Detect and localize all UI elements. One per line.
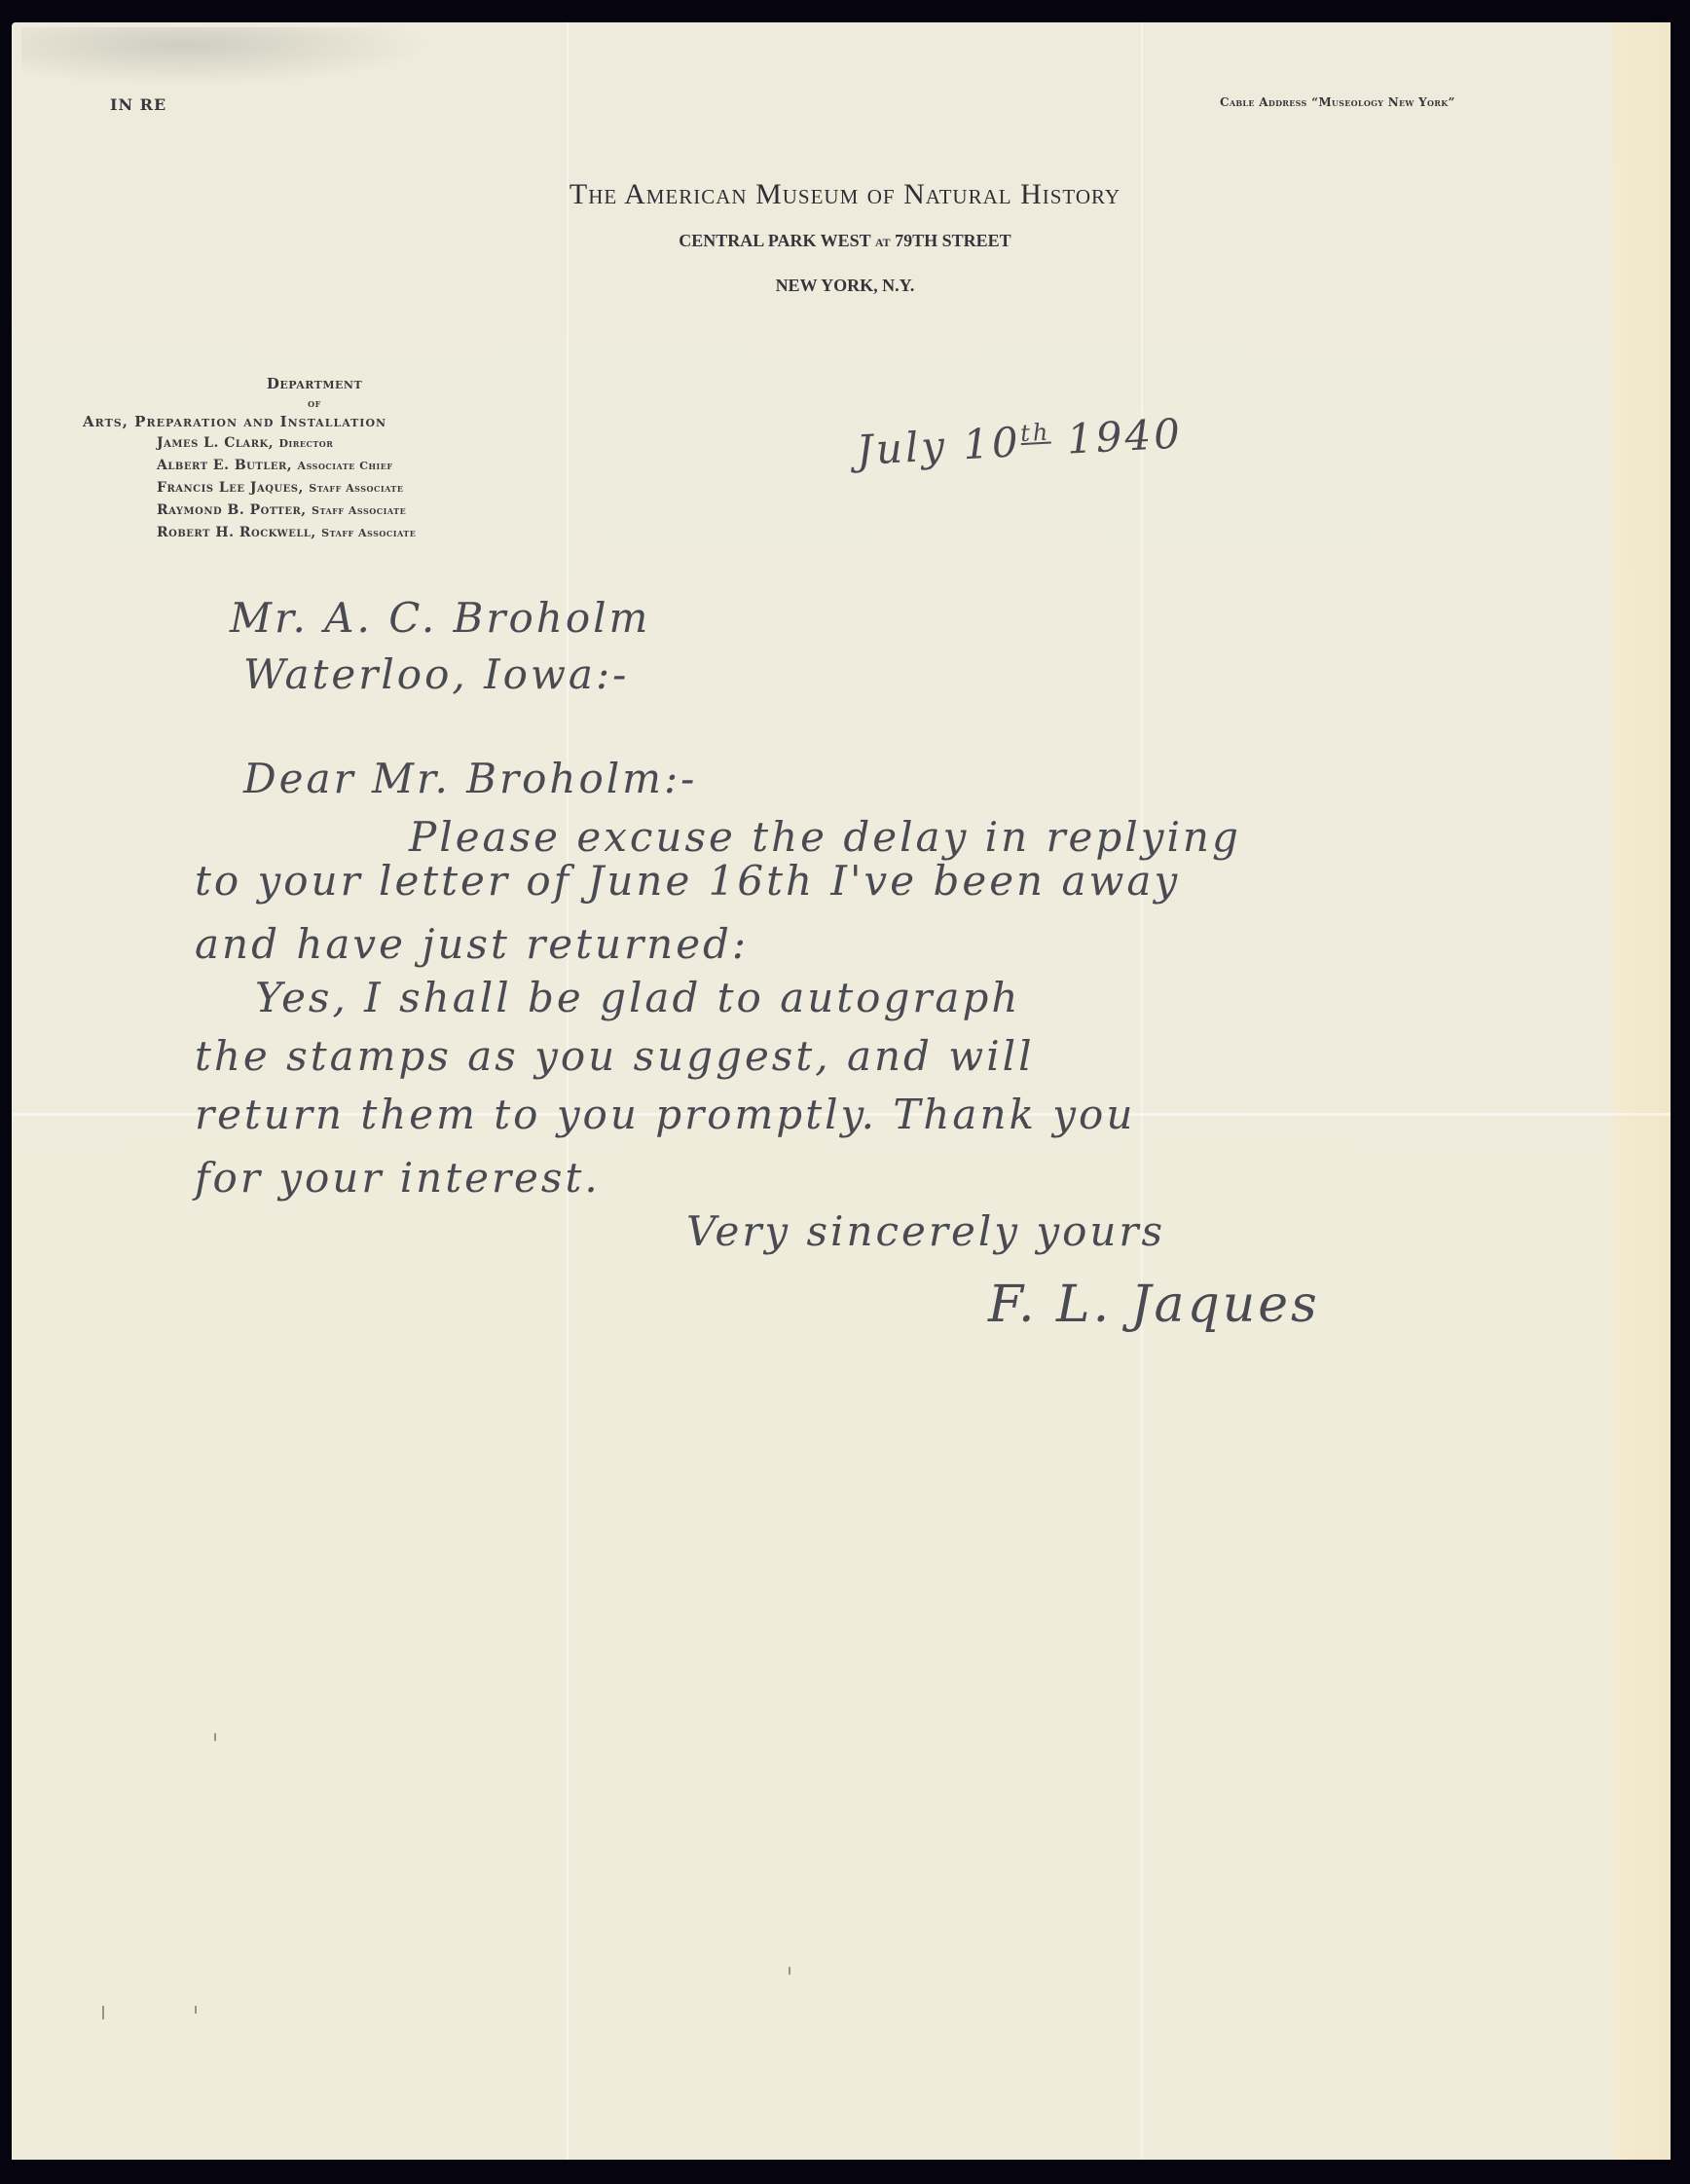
street-address: CENTRAL PARK WEST AT 79TH STREET	[0, 231, 1690, 251]
paper-speck	[214, 1733, 216, 1741]
paper-speck	[102, 2006, 104, 2019]
salutation: Dear Mr. Broholm:-	[243, 755, 697, 802]
date-year: 1940	[1066, 409, 1184, 463]
staff-name: Albert E. Butler,	[157, 458, 292, 473]
staff-entry: James L. Clark, Director	[157, 432, 606, 455]
staff-list: James L. Clark, Director Albert E. Butle…	[157, 432, 606, 544]
city-address: NEW YORK, N.Y.	[0, 276, 1690, 296]
body-line: for your interest.	[195, 1154, 601, 1202]
body-line: and have just returned:	[195, 920, 749, 968]
staff-name: Raymond B. Potter,	[157, 502, 307, 518]
staff-role: Associate Chief	[298, 460, 393, 472]
in-re-label: IN RE	[110, 95, 166, 114]
date-suffix: th	[1019, 419, 1051, 448]
recipient-city: Waterloo, Iowa:-	[243, 650, 629, 698]
staff-entry: Raymond B. Potter, Staff Associate	[157, 500, 606, 522]
institution-name: The American Museum of Natural History	[0, 178, 1690, 211]
body-line: Yes, I shall be glad to autograph	[255, 974, 1020, 1021]
staff-entry: Francis Lee Jaques, Staff Associate	[157, 477, 606, 500]
staff-role: Staff Associate	[312, 504, 406, 517]
corner-fold-shadow	[21, 27, 430, 86]
department-of: of	[100, 396, 529, 410]
staff-name: Francis Lee Jaques,	[157, 480, 304, 496]
body-line: Please excuse the delay in replying	[409, 813, 1241, 861]
staff-entry: Robert H. Rockwell, Staff Associate	[157, 522, 606, 544]
street-address-part-b: 79TH STREET	[895, 231, 1011, 250]
cable-address-label: Cable Address	[1220, 95, 1307, 109]
cable-address-value: “Museology New York”	[1311, 95, 1455, 109]
body-line: the stamps as you suggest, and will	[195, 1032, 1035, 1080]
closing: Very sincerely yours	[686, 1207, 1165, 1255]
department-block: Department of Arts, Preparation and Inst…	[120, 375, 606, 544]
staff-role: Staff Associate	[321, 527, 416, 539]
staff-entry: Albert E. Butler, Associate Chief	[157, 455, 606, 477]
department-name: Arts, Preparation and Installation	[83, 413, 606, 430]
body-line: return them to you promptly. Thank you	[195, 1091, 1135, 1138]
signature: F. L. Jaques	[988, 1276, 1320, 1334]
staff-role: Staff Associate	[309, 482, 403, 495]
street-address-part-a: CENTRAL PARK WEST	[679, 231, 870, 250]
body-line: to your letter of June 16th I've been aw…	[195, 857, 1180, 905]
date-month-day: July 10	[856, 418, 1022, 474]
department-heading: Department	[100, 375, 529, 392]
staff-role: Director	[278, 437, 333, 450]
paper-speck	[789, 1967, 790, 1975]
paper-speck	[195, 2006, 197, 2014]
staff-name: James L. Clark,	[157, 435, 274, 451]
staff-name: Robert H. Rockwell,	[157, 525, 316, 540]
street-address-at: AT	[875, 236, 891, 249]
recipient-name: Mr. A. C. Broholm	[230, 594, 650, 642]
cable-address: Cable Address “Museology New York”	[1220, 95, 1455, 109]
